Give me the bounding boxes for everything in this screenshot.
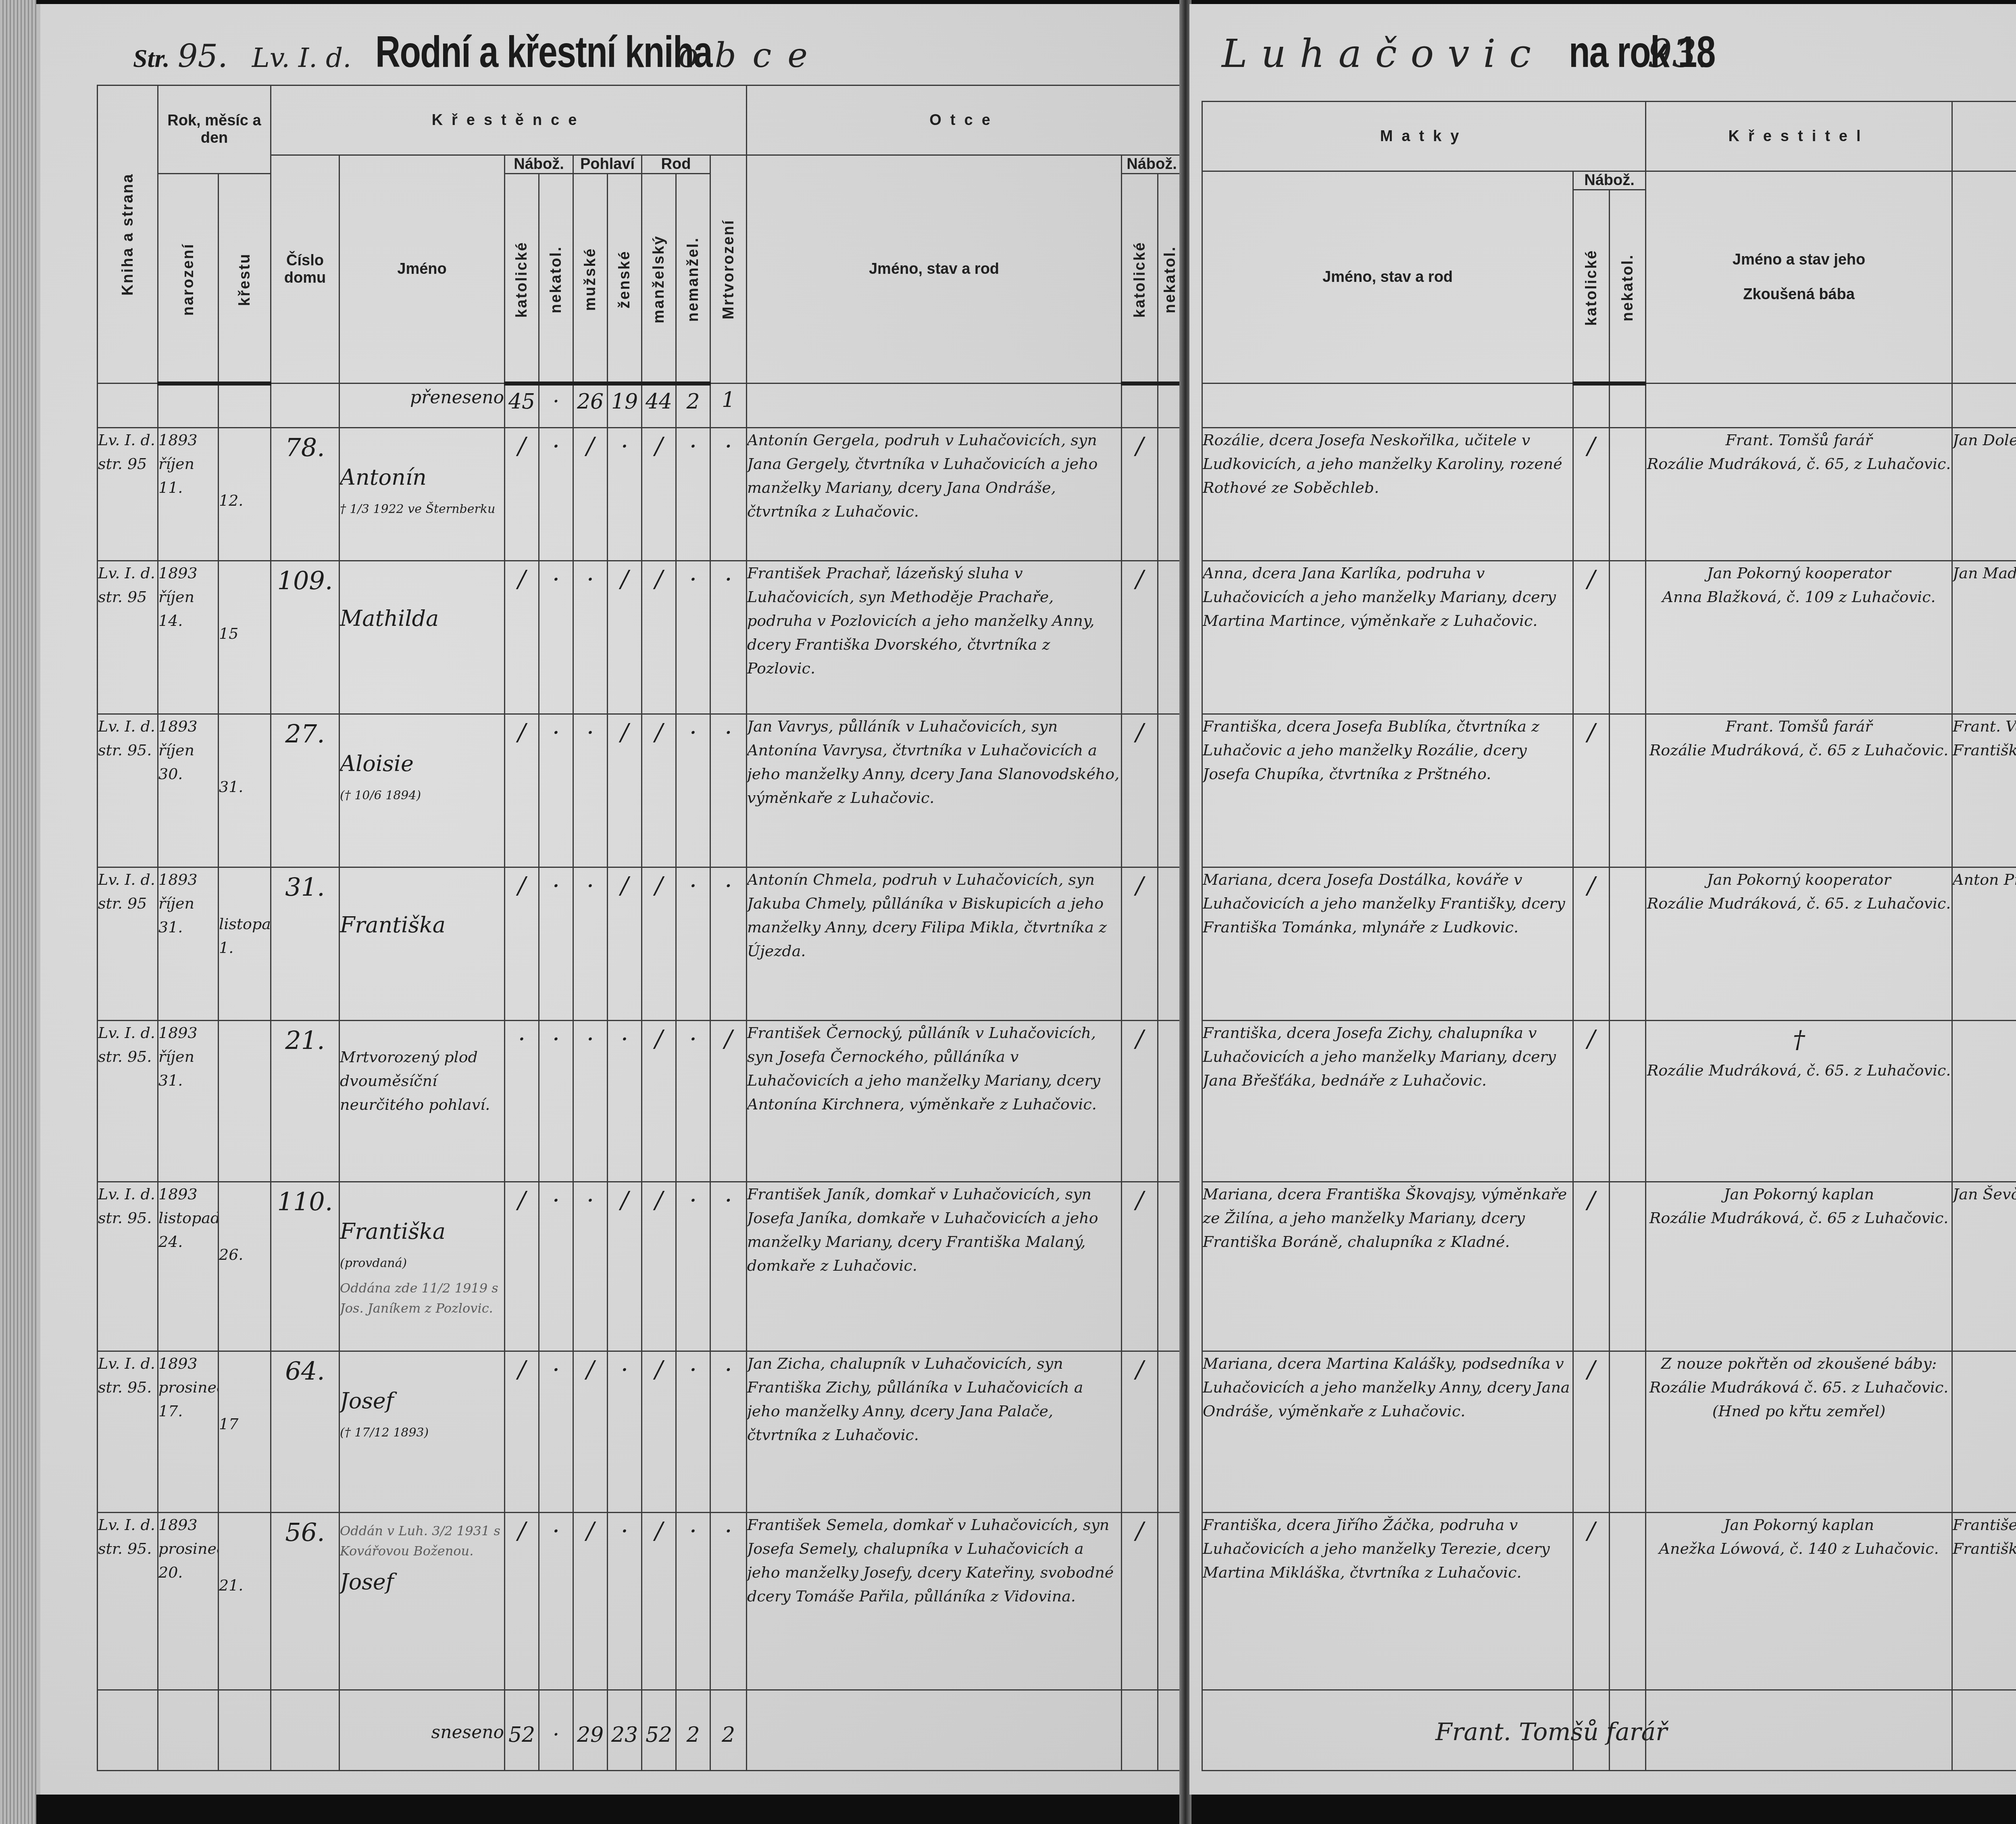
col-mother-catholic: katolické [1573,190,1610,384]
table-row: Anna, dcera Jana Karlíka, podruha v Luha… [1202,561,2016,714]
mark-illegitimate: · [676,561,710,714]
register-spread: Str. 95. Lv. I. d. Rodní a křestní kniha… [0,0,2016,1824]
entry-house: 56. [271,1513,339,1690]
godparent-name: Jan Maděrka a Anna [1952,561,2016,714]
col-legitimacy: Rod [642,155,710,174]
entry-child-name: Aloisie(† 10/6 1894) [339,714,505,867]
left-page-edges [0,0,36,1824]
mark-catholic: / [505,1513,539,1690]
carried-non-catholic: · [539,384,573,428]
mark-female: / [608,714,642,867]
mark-legitimate: / [642,714,676,867]
table-row: Františka, dcera Josefa Zichy, chalupník… [1202,1021,2016,1182]
mark-female: / [608,561,642,714]
entry-birth-day: 31. [158,918,183,936]
entry-baptism-day: 15 [219,561,271,714]
entry-father: Antonín Chmela, podruh v Luhačovicích, s… [747,867,1122,1021]
entry-house: 110. [271,1182,339,1351]
entry-child-name: Františka [339,867,505,1021]
godparent-name: Jan Ševčík, Anna [1952,1182,2016,1351]
totals-label: sneseno [339,1690,505,1771]
mark-male: · [573,1182,608,1351]
total-illegitimate: 2 [676,1690,710,1771]
table-row: Lv. I. d. str. 95 1893říjen11. 12. 78. A… [98,428,1182,561]
entry-father: Jan Vavrys, půlláník v Luhačovicích, syn… [747,714,1122,867]
godparent-name: Jan Doležal, Františka [1952,428,2016,561]
table-row: Rozálie, dcera Josefa Neskořilka, učitel… [1202,428,2016,561]
entry-baptist: Jan Pokorný kaplanRozálie Mudráková, č. … [1646,1182,1952,1351]
mark-catholic: / [505,1351,539,1513]
mother-catholic-mark: / [1573,714,1610,867]
mother-catholic-mark: / [1573,561,1610,714]
municipality: Luhačovic [1222,31,1545,76]
mark-non-catholic: · [539,867,573,1021]
father-catholic-mark: / [1122,1351,1158,1513]
entry-name: Josef [340,1569,394,1595]
entry-child-name: Mathilda [339,561,505,714]
entry-father: František Prachař, lázeňský sluha v Luha… [747,561,1122,714]
father-catholic-mark: / [1122,1182,1158,1351]
col-baptist-name: Jméno a stav jehoZkoušená bába [1646,171,1952,384]
mark-catholic: / [505,561,539,714]
table-row: Lv. I. d. str. 95 1893říjen14. 15 109. M… [98,561,1182,714]
mark-male: / [573,1351,608,1513]
baptist-name: Jan Pokorný kooperator [1707,871,1891,888]
mark-female: · [608,1513,642,1690]
right-title-line: Luhačovic na rok 18 93. [1222,26,1709,83]
entry-baptism-day: 31. [219,714,271,867]
entry-mother: Františka, dcera Josefa Bublíka, čtvrtní… [1202,714,1573,867]
total-catholic: 52 [505,1690,539,1771]
mark-male: / [573,1513,608,1690]
right-page: Luhačovic na rok 18 93. Matky Křestitel … [1189,4,2016,1795]
entry-mother: Mariana, dcera Martina Kalášky, podsední… [1202,1351,1573,1513]
col-book-page: Kniha a strana [98,85,158,384]
entry-father: František Černocký, půlláník v Luhačovic… [747,1021,1122,1182]
entry-birth-day: 31. [158,1071,183,1089]
entry-baptist: Z nouze pokřtěn od zkoušené báby:Rozálie… [1646,1351,1952,1513]
col-mother-religion: Nábož. [1573,171,1646,190]
entry-birth: 1893říjen30. [158,714,219,867]
entry-birth: 1893říjen11. [158,428,219,561]
totals-row: sneseno 52 · 29 23 52 2 2 [98,1690,1182,1771]
midwife-name: Rozálie Mudráková, č. 65. z Luhačovic. [1647,1061,1951,1079]
entry-name: Františka [340,912,446,938]
table-row: Mariana, dcera Františka Škovajsy, výměn… [1202,1182,2016,1351]
entry-book: Lv. I. d. str. 95 [98,561,158,714]
mark-legitimate: / [642,1182,676,1351]
entry-month: říjen [158,741,194,759]
baptist-name: Jan Pokorný kooperator [1707,564,1891,582]
col-father-religion: Nábož. [1122,155,1182,174]
father-catholic-mark: / [1122,1021,1158,1182]
mark-stillborn: · [710,867,747,1021]
godparent-name: † [1952,1021,2016,1182]
col-group-child: Křestěnce [271,85,747,155]
carried-over-row: přeneseno 45 · 26 19 44 2 1 [98,384,1182,428]
midwife-name: Rozálie Mudráková, č. 65, z Luhačovic. [1647,455,1951,473]
mark-catholic: · [505,1021,539,1182]
entry-house: 109. [271,561,339,714]
entry-child-name: Antonín† 1/3 1922 ve Šternberku [339,428,505,561]
carried-catholic: 45 [505,384,539,428]
entry-book: Lv. I. d. str. 95 [98,428,158,561]
table-row: Mariana, dcera Martina Kalášky, podsední… [1202,1351,2016,1513]
entry-year: 1893 [158,717,198,735]
mother-catholic-mark: / [1573,1182,1610,1351]
entry-baptism-day: 12. [219,428,271,561]
baptist-name: † [1793,1026,1805,1054]
mark-legitimate: / [642,1513,676,1690]
right-register-table: Matky Křestitel Kmotrův Jméno, stav a ro… [1202,101,2016,1771]
mark-illegitimate: · [676,1182,710,1351]
godparent-name: † [1952,1351,2016,1513]
total-legitimate: 52 [642,1690,676,1771]
mark-catholic: / [505,867,539,1021]
mark-female: · [608,1351,642,1513]
col-group-father: Otce [747,85,1182,155]
mark-male: · [573,714,608,867]
total-stillborn: 2 [710,1690,747,1771]
mark-stillborn: · [710,1513,747,1690]
col-house-number: Číslo domu [271,155,339,384]
page-number: 95. [178,38,228,75]
entry-book: Lv. I. d. str. 95. [98,1351,158,1513]
mark-stillborn: · [710,714,747,867]
left-register-table: Kniha a strana Rok, měsíc a den Křestěnc… [97,85,1183,1771]
entry-name: Františka [340,1219,446,1244]
baptist-name: Frant. Tomšů farář [1725,717,1872,735]
entry-year: 1893 [158,431,198,449]
mark-illegitimate: · [676,714,710,867]
entry-baptism-day: 26. [219,1182,271,1351]
register-title: Rodní a křestní kniha [375,26,712,77]
father-catholic-mark: / [1122,867,1158,1021]
entry-baptism-day: 17 [219,1351,271,1513]
entry-month: prosinec [158,1378,219,1396]
mark-female: · [608,1021,642,1182]
entry-name-note: (provdaná) [340,1254,504,1273]
table-row: Františka, dcera Josefa Bublíka, čtvrtní… [1202,714,2016,867]
page-label: Str. [133,44,170,73]
col-mother-non-catholic: nekatol. [1610,190,1646,384]
mark-non-catholic: · [539,1182,573,1351]
entry-mother: Františka, dcera Josefa Zichy, chalupník… [1202,1021,1573,1182]
entry-year: 1893 [158,1185,198,1203]
book-reference: Lv. I. d. [252,42,352,73]
mark-non-catholic: · [539,428,573,561]
col-baptism: křestu [219,174,271,384]
col-group-godparents: Kmotrův [1952,102,2016,171]
entry-month: říjen [158,1048,194,1065]
mark-stillborn: / [710,1021,747,1182]
entry-baptism-day: 21. [219,1513,271,1690]
col-religion: Nábož. [505,155,573,174]
entry-month: prosinec [158,1540,219,1557]
col-stillborn: Mrtvorození [710,155,747,384]
entry-year: 1893 [158,1516,198,1534]
entry-book: Lv. I. d. str. 95. [98,1021,158,1182]
col-godparent-name: Jméno [1952,171,2016,384]
entry-house: 27. [271,714,339,867]
mark-legitimate: / [642,561,676,714]
mark-stillborn: · [710,561,747,714]
entry-baptism-day [219,1021,271,1182]
entry-child-name: Františka(provdaná)Oddána zde 11/2 1919 … [339,1182,505,1351]
entry-name-note: († 17/12 1893) [340,1424,504,1443]
col-non-catholic: nekatol. [539,174,573,384]
entry-year: 1893 [158,1024,198,1042]
mother-catholic-mark: / [1573,867,1610,1021]
entry-month: říjen [158,455,194,473]
table-row: Lv. I. d. str. 95. 1893listopad24. 26. 1… [98,1182,1182,1351]
baptist-name: Jan Pokorný kaplan [1724,1185,1874,1203]
entry-name-note: † 1/3 1922 ve Šternberku [340,500,504,519]
midwife-name: Rozálie Mudráková, č. 65. z Luhačovic. [1647,894,1951,912]
entry-house: 78. [271,428,339,561]
godparent-name: František Žák, Františka [1952,1513,2016,1690]
entry-year: 1893 [158,1355,198,1372]
entry-margin-note: Oddána zde 11/2 1919 s Jos. Janíkem z Po… [340,1278,504,1318]
entry-baptist: Jan Pokorný kooperatorAnna Blažková, č. … [1646,561,1952,714]
midwife-name: Rozálie Mudráková, č. 65 z Luhačovic. [1649,1209,1949,1227]
col-father-catholic: katolické [1122,174,1158,384]
mark-non-catholic: · [539,1351,573,1513]
entry-father: František Semela, domkař v Luhačovicích,… [747,1513,1122,1690]
entry-month: listopad [158,1209,219,1227]
entry-child-name: Oddán v Luh. 3/2 1931 s Kovářovou Boženo… [339,1513,505,1690]
mark-illegitimate: · [676,1021,710,1182]
godparent-name: Frant. Vavrys, Františka [1952,714,2016,867]
entry-name-note: († 10/6 1894) [340,786,504,805]
entry-book: Lv. I. d. str. 95. [98,1182,158,1351]
entry-name: Mrtvorozený plod dvouměsíční neurčitého … [340,1048,490,1113]
midwife-name: Anna Blažková, č. 109 z Luhačovic. [1662,588,1935,606]
col-baptist-label: Jméno a stav jeho [1733,251,1865,268]
col-child-name: Jméno [339,155,505,384]
total-female: 23 [608,1690,642,1771]
year-label: na rok 18 [1569,26,1715,77]
priest-signature: Frant. Tomšů farář [1435,1718,1667,1746]
col-birth: narození [158,174,219,384]
entry-birth: 1893říjen31. [158,1021,219,1182]
total-non-catholic: · [539,1690,573,1771]
col-sex: Pohlaví [573,155,642,174]
total-male: 29 [573,1690,608,1771]
mark-legitimate: / [642,1351,676,1513]
table-row: Lv. I. d. str. 95 1893říjen31. listopad … [98,867,1182,1021]
entry-name: Aloisie [340,751,414,776]
entry-name: Mathilda [340,606,439,631]
carried-male: 26 [573,384,608,428]
mark-non-catholic: · [539,1513,573,1690]
baptist-name: Jan Pokorný kaplan [1724,1516,1874,1534]
entry-house: 31. [271,867,339,1021]
entry-mother: Františka, dcera Jiřího Žáčka, podruha v… [1202,1513,1573,1690]
entry-birth-day: 17. [158,1402,183,1420]
entry-baptist: Jan Pokorný kooperatorRozálie Mudráková,… [1646,867,1952,1021]
entry-father: Jan Zicha, chalupník v Luhačovicích, syn… [747,1351,1122,1513]
entry-birth: 1893říjen31. [158,867,219,1021]
mark-catholic: / [505,714,539,867]
mark-male: · [573,561,608,714]
mark-catholic: / [505,1182,539,1351]
entry-mother: Anna, dcera Jana Karlíka, podruha v Luha… [1202,561,1573,714]
entry-baptist: †Rozálie Mudráková, č. 65. z Luhačovic. [1646,1021,1952,1182]
col-male: mužské [573,174,608,384]
father-catholic-mark: / [1122,1513,1158,1690]
carried-illegitimate: 2 [676,384,710,428]
entry-year: 1893 [158,564,198,582]
baptist-name: Z nouze pokřtěn od zkoušené báby: [1661,1355,1937,1372]
father-catholic-mark: / [1122,428,1158,561]
father-catholic-mark: / [1122,561,1158,714]
entry-father: Antonín Gergela, podruh v Luhačovicích, … [747,428,1122,561]
entry-margin-note: Oddán v Luh. 3/2 1931 s Kovářovou Boženo… [340,1521,504,1561]
col-father-non-catholic: nekatol. [1158,174,1182,384]
entry-birth-day: 11. [158,479,183,496]
entry-birth: 1893listopad24. [158,1182,219,1351]
entry-child-name: Josef(† 17/12 1893) [339,1351,505,1513]
entry-birth-day: 30. [158,765,183,783]
godparent-name: Anton Pražák, Anna [1952,867,2016,1021]
left-page: Str. 95. Lv. I. d. Rodní a křestní kniha… [36,4,1183,1795]
col-female: ženské [608,174,642,384]
mark-stillborn: · [710,428,747,561]
entry-father: František Janík, domkař v Luhačovicích, … [747,1182,1122,1351]
table-row: Mariana, dcera Josefa Dostálka, kováře v… [1202,867,2016,1021]
col-mother-name: Jméno, stav a rod [1202,171,1573,384]
mark-stillborn: · [710,1351,747,1513]
table-row: Lv. I. d. str. 95. 1893říjen31. 21. Mrtv… [98,1021,1182,1182]
entry-baptist: Frant. Tomšů farářRozálie Mudráková, č. … [1646,714,1952,867]
table-row: Lv. I. d. str. 95. 1893říjen30. 31. 27. … [98,714,1182,867]
mark-illegitimate: · [676,428,710,561]
entry-month: říjen [158,894,194,912]
midwife-name: Rozálie Mudráková č. 65. z Luhačovic. (H… [1649,1378,1949,1420]
mark-male: · [573,867,608,1021]
mother-catholic-mark: / [1573,1513,1610,1690]
entry-house: 64. [271,1351,339,1513]
mark-non-catholic: · [539,561,573,714]
mark-legitimate: / [642,428,676,561]
baptist-name: Frant. Tomšů farář [1725,431,1872,449]
mark-illegitimate: · [676,1351,710,1513]
mark-illegitimate: · [676,867,710,1021]
entry-name: Antonín [340,465,427,490]
entry-mother: Rozálie, dcera Josefa Neskořilka, učitel… [1202,428,1573,561]
mother-catholic-mark: / [1573,1351,1610,1513]
col-group-baptist: Křestitel [1646,102,1952,171]
carried-over-label: přeneseno [339,384,505,428]
entry-mother: Mariana, dcera Josefa Dostálka, kováře v… [1202,867,1573,1021]
col-date-group: Rok, měsíc a den [158,85,271,174]
entry-year: 1893 [158,871,198,888]
mark-catholic: / [505,428,539,561]
entry-house: 21. [271,1021,339,1182]
entry-birth-day: 24. [158,1233,183,1251]
entry-baptism-day: listopad 1. [219,867,271,1021]
entry-birth: 1893říjen14. [158,561,219,714]
mother-catholic-mark: / [1573,428,1610,561]
left-title-line: Str. 95. Lv. I. d. Rodní a křestní kniha… [133,26,824,83]
mark-female: · [608,428,642,561]
entry-birth-day: 20. [158,1563,183,1581]
col-midwife-label: Zkoušená bába [1743,286,1855,303]
entry-birth: 1893prosinec20. [158,1513,219,1690]
col-group-mother: Matky [1202,102,1646,171]
entry-birth-day: 14. [158,612,183,630]
midwife-name: Rozálie Mudráková, č. 65 z Luhačovic. [1649,741,1949,759]
col-illegitimate: nemanžel. [676,174,710,384]
entry-mother: Mariana, dcera Františka Škovajsy, výměn… [1202,1182,1573,1351]
entry-book: Lv. I. d. str. 95. [98,714,158,867]
entry-baptist: Jan Pokorný kaplanAnežka Lówová, č. 140 … [1646,1513,1952,1690]
entry-name: Josef [340,1388,394,1413]
entry-baptist: Frant. Tomšů farářRozálie Mudráková, č. … [1646,428,1952,561]
mark-non-catholic: · [539,1021,573,1182]
mother-catholic-mark: / [1573,1021,1610,1182]
mark-stillborn: · [710,1182,747,1351]
mark-male: / [573,428,608,561]
entry-book: Lv. I. d. str. 95. [98,1513,158,1690]
mark-non-catholic: · [539,714,573,867]
table-row: Lv. I. d. str. 95. 1893prosinec20. 21. 5… [98,1513,1182,1690]
carried-legitimate: 44 [642,384,676,428]
entry-month: říjen [158,588,194,606]
col-catholic: katolické [505,174,539,384]
mark-illegitimate: · [676,1513,710,1690]
carried-female: 19 [608,384,642,428]
midwife-name: Anežka Lówová, č. 140 z Luhačovic. [1659,1540,1939,1557]
mark-legitimate: / [642,867,676,1021]
mark-female: / [608,1182,642,1351]
col-legitimate: manželský [642,174,676,384]
mark-legitimate: / [642,1021,676,1182]
table-row: Františka, dcera Jiřího Žáčka, podruha v… [1202,1513,2016,1690]
father-catholic-mark: / [1122,714,1158,867]
col-father-name: Jméno, stav a rod [747,155,1122,384]
carried-stillborn: 1 [710,384,747,428]
mark-male: · [573,1021,608,1182]
entry-child-name: Mrtvorozený plod dvouměsíční neurčitého … [339,1021,505,1182]
entry-book: Lv. I. d. str. 95 [98,867,158,1021]
mark-female: / [608,867,642,1021]
table-row: Lv. I. d. str. 95. 1893prosinec17. 17 64… [98,1351,1182,1513]
entry-birth: 1893prosinec17. [158,1351,219,1513]
